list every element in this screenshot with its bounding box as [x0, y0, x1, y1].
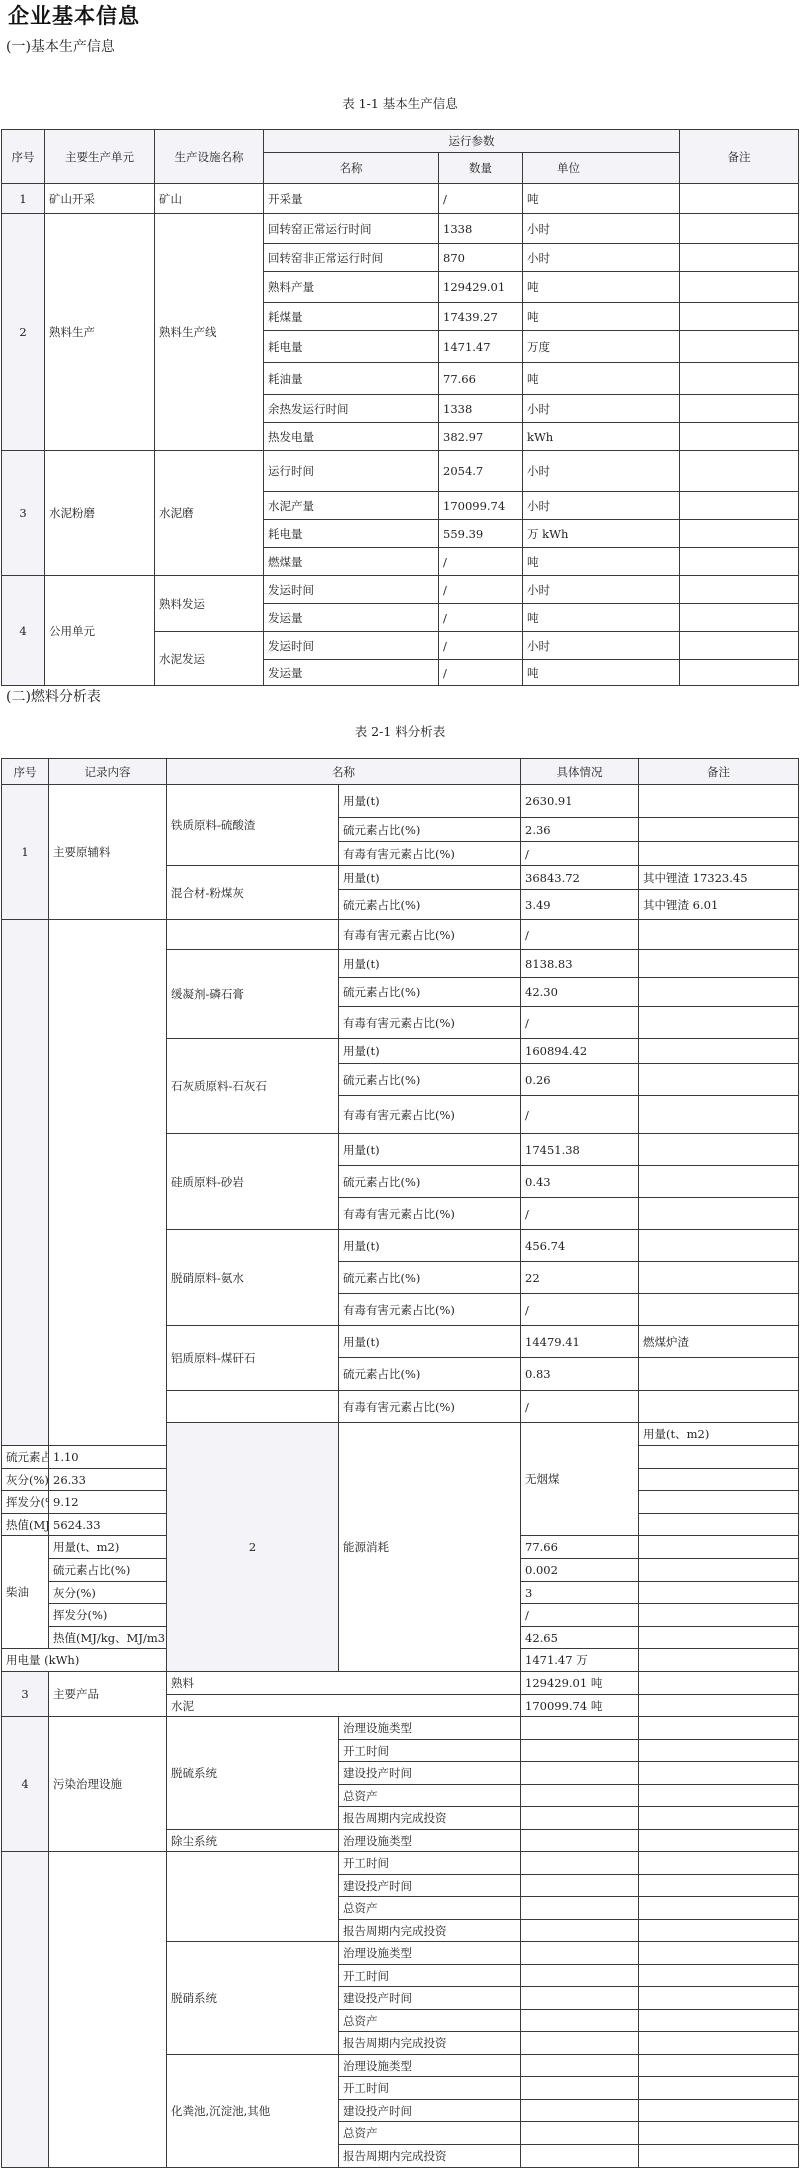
metric-value	[521, 1807, 639, 1830]
table-row: 2 熟料生产 熟料生产线 回转窑正常运行时间 1338 小时	[2, 214, 799, 244]
material-name: 石灰质原料-石灰石	[167, 1039, 339, 1134]
metric-value	[521, 2077, 639, 2100]
metric-remark	[639, 1166, 799, 1198]
param-qty: /	[439, 660, 523, 686]
metric-remark	[639, 1491, 799, 1514]
metric-label: 用量(t)	[339, 1230, 521, 1262]
param-unit: 小时	[523, 492, 680, 520]
row-content: 主要产品	[49, 1672, 167, 1717]
material-name: 铁质原料-硫酸渣	[167, 785, 339, 866]
metric-value	[521, 2032, 639, 2055]
col-header-param-unit: 单位	[523, 153, 680, 184]
param-remark	[680, 395, 799, 423]
param-unit: 吨	[523, 363, 680, 395]
metric-remark	[639, 842, 799, 866]
param-remark	[680, 244, 799, 272]
row-idx: 4	[2, 576, 45, 686]
metric-remark	[639, 1987, 799, 2010]
row-idx: 3	[2, 1672, 49, 1717]
metric-label: 治理设施类型	[339, 1717, 521, 1740]
row-facility: 水泥发运	[155, 632, 264, 686]
section-heading-production: (一)基本生产信息	[6, 36, 115, 56]
metric-remark: 其中锂渣 6.01	[639, 890, 799, 920]
metric-value: 0.002	[521, 1559, 639, 1582]
row-idx	[2, 1852, 49, 2168]
param-unit: 小时	[523, 214, 680, 244]
metric-value: /	[521, 1198, 639, 1230]
metric-remark	[639, 1469, 799, 1491]
row-content: 污染治理设施	[49, 1717, 167, 1852]
col-header-remark: 备注	[680, 130, 799, 184]
col-header-facility: 生产设施名称	[155, 130, 264, 184]
col-header-idx: 序号	[2, 130, 45, 184]
row-content: 主要原辅料	[49, 785, 167, 920]
param-unit: 吨	[523, 660, 680, 686]
metric-remark	[639, 1852, 799, 1875]
metric-label: 有毒有害元素占比(%)	[339, 1198, 521, 1230]
metric-remark	[639, 2055, 799, 2077]
metric-value: 456.74	[521, 1230, 639, 1262]
param-unit: 小时	[523, 244, 680, 272]
metric-remark	[639, 2010, 799, 2032]
metric-remark	[639, 1740, 799, 1762]
param-remark	[680, 423, 799, 451]
metric-value	[521, 1852, 639, 1875]
metric-value: 9.12	[49, 1491, 167, 1514]
metric-value: 129429.01 吨	[521, 1672, 639, 1695]
system-name: 化粪池,沉淀池,其他	[167, 2055, 339, 2168]
table-row: 4 污染治理设施 脱硫系统 治理设施类型	[2, 1717, 799, 1740]
metric-remark	[639, 1039, 799, 1064]
system-name: 脱硫系统	[167, 1717, 339, 1830]
param-name: 耗电量	[264, 331, 439, 363]
metric-label: 用量(t)	[339, 1039, 521, 1064]
param-qty: /	[439, 548, 523, 576]
metric-remark	[639, 2145, 799, 2168]
metric-label: 硫元素占比(%)	[339, 1064, 521, 1096]
metric-label: 挥发分(%)	[2, 1491, 49, 1514]
system-name: 除尘系统	[167, 1830, 339, 1852]
param-unit: 小时	[523, 576, 680, 604]
metric-label: 建设投产时间	[339, 1987, 521, 2010]
metric-value: /	[521, 920, 639, 950]
metric-remark	[639, 1262, 799, 1294]
metric-value	[521, 2010, 639, 2032]
param-qty: 1338	[439, 395, 523, 423]
param-qty: 870	[439, 244, 523, 272]
param-name: 开采量	[264, 184, 439, 214]
metric-label: 用量(t)	[339, 866, 521, 890]
metric-label: 硫元素占比(%)	[49, 1559, 167, 1582]
metric-value	[521, 2100, 639, 2122]
metric-value: 170099.74 吨	[521, 1695, 639, 1717]
metric-value: 0.43	[521, 1166, 639, 1198]
metric-label: 报告周期内完成投资	[339, 2145, 521, 2168]
row-idx: 2	[167, 1423, 339, 1672]
row-unit: 矿山开采	[45, 184, 155, 214]
param-name: 余热发运行时间	[264, 395, 439, 423]
material-name: 混合材-粉煤灰	[167, 866, 339, 920]
param-name: 热发电量	[264, 423, 439, 451]
metric-remark	[639, 1446, 799, 1469]
metric-remark	[639, 950, 799, 978]
param-remark	[680, 214, 799, 244]
metric-label: 用量(t、m2)	[639, 1423, 799, 1446]
param-qty: 1338	[439, 214, 523, 244]
metric-remark	[639, 1582, 799, 1604]
metric-value: 2.36	[521, 818, 639, 842]
metric-value: 22	[521, 1262, 639, 1294]
metric-value: 0.26	[521, 1064, 639, 1096]
param-unit: kWh	[523, 423, 680, 451]
metric-remark	[639, 1096, 799, 1134]
metric-remark	[639, 1064, 799, 1096]
col-header-detail: 具体情况	[521, 759, 639, 785]
param-qty: /	[439, 604, 523, 632]
metric-remark	[639, 1198, 799, 1230]
metric-label: 报告周期内完成投资	[339, 1807, 521, 1830]
metric-value: /	[521, 1096, 639, 1134]
col-header-param-name: 名称	[264, 153, 439, 184]
param-unit: 吨	[523, 604, 680, 632]
metric-value	[521, 2145, 639, 2168]
param-qty: 2054.7	[439, 451, 523, 492]
metric-value	[521, 2055, 639, 2077]
row-facility: 水泥磨	[155, 451, 264, 576]
material-name: 脱硝原料-氨水	[167, 1230, 339, 1326]
metric-label: 总资产	[339, 1785, 521, 1807]
col-header-unit: 主要生产单元	[45, 130, 155, 184]
table2-caption: 表 2-1 料分析表	[0, 722, 800, 740]
metric-label: 硫元素占比(%)	[339, 890, 521, 920]
param-unit: 小时	[523, 395, 680, 423]
metric-remark: 燃煤炉渣	[639, 1326, 799, 1358]
metric-label: 灰分(%)	[49, 1582, 167, 1604]
row-facility: 熟料生产线	[155, 214, 264, 451]
row-idx: 2	[2, 214, 45, 451]
param-remark	[680, 632, 799, 660]
metric-label: 硫元素占比(%)	[339, 1166, 521, 1198]
metric-remark	[639, 1391, 799, 1423]
param-name: 耗煤量	[264, 303, 439, 331]
param-name: 运行时间	[264, 451, 439, 492]
param-unit: 小时	[523, 451, 680, 492]
metric-value: /	[521, 1007, 639, 1039]
metric-value: 1.10	[49, 1446, 167, 1469]
metric-label: 硫元素占比(%)	[339, 978, 521, 1007]
metric-remark	[639, 1007, 799, 1039]
param-name: 发运量	[264, 604, 439, 632]
param-unit: 吨	[523, 548, 680, 576]
param-name: 熟料产量	[264, 272, 439, 303]
row-unit: 水泥粉磨	[45, 451, 155, 576]
param-unit: 吨	[523, 303, 680, 331]
metric-remark	[639, 1785, 799, 1807]
metric-remark	[639, 818, 799, 842]
metric-label: 开工时间	[339, 1852, 521, 1875]
param-qty: 559.39	[439, 520, 523, 548]
param-remark	[680, 451, 799, 492]
param-remark	[680, 548, 799, 576]
row-idx: 4	[2, 1717, 49, 1852]
section-heading-fuel: (二)燃料分析表	[6, 686, 101, 706]
metric-value: 14479.41	[521, 1326, 639, 1358]
system-name	[167, 1852, 339, 1942]
table1-caption: 表 1-1 基本生产信息	[0, 94, 800, 112]
metric-label: 用量(t)	[339, 1134, 521, 1166]
metric-value: 77.66	[521, 1536, 639, 1559]
metric-label: 开工时间	[339, 1740, 521, 1762]
metric-remark	[639, 1897, 799, 1920]
col-header-params: 运行参数	[264, 130, 680, 153]
metric-value	[521, 1830, 639, 1852]
metric-remark: 其中锂渣 17323.45	[639, 866, 799, 890]
row-idx: 3	[2, 451, 45, 576]
metric-label: 有毒有害元素占比(%)	[339, 1096, 521, 1134]
param-qty: /	[439, 576, 523, 604]
metric-value	[521, 1762, 639, 1785]
param-name: 回转窑非正常运行时间	[264, 244, 439, 272]
metric-remark	[639, 2077, 799, 2100]
metric-value: 3	[521, 1582, 639, 1604]
metric-remark	[639, 785, 799, 818]
metric-remark	[639, 1717, 799, 1740]
metric-label: 热值(MJ/kg、MJ/m3)	[49, 1627, 167, 1649]
param-qty: 77.66	[439, 363, 523, 395]
param-remark	[680, 272, 799, 303]
param-name: 发运时间	[264, 576, 439, 604]
material-name: 铝质原料-煤矸石	[167, 1326, 339, 1391]
material-name: 柴油	[2, 1536, 49, 1649]
metric-remark	[639, 1627, 799, 1649]
row-unit: 熟料生产	[45, 214, 155, 451]
metric-label: 用量(t)	[339, 1326, 521, 1358]
table-row: 开工时间	[2, 1852, 799, 1875]
param-remark	[680, 363, 799, 395]
table-row: 1 主要原辅料 铁质原料-硫酸渣 用量(t) 2630.91	[2, 785, 799, 818]
metric-remark	[639, 1559, 799, 1582]
fuel-analysis-table: 序号 记录内容 名称 具体情况 备注 1 主要原辅料 铁质原料-硫酸渣 用量(t…	[1, 758, 799, 2168]
metric-remark	[639, 1514, 799, 1536]
metric-value: 3.49	[521, 890, 639, 920]
material-name: 缓凝剂-磷石膏	[167, 950, 339, 1039]
metric-label: 治理设施类型	[339, 1942, 521, 1965]
metric-value: /	[521, 1391, 639, 1423]
metric-remark	[639, 1920, 799, 1942]
metric-remark	[639, 1604, 799, 1627]
row-facility: 矿山	[155, 184, 264, 214]
metric-remark	[639, 2100, 799, 2122]
param-qty: /	[439, 184, 523, 214]
metric-label: 硫元素占比(%)	[339, 818, 521, 842]
col-header-content: 记录内容	[49, 759, 167, 785]
metric-value: 26.33	[49, 1469, 167, 1491]
metric-label: 用量(t)	[339, 950, 521, 978]
metric-value: 17451.38	[521, 1134, 639, 1166]
metric-value	[521, 1875, 639, 1897]
param-name: 燃煤量	[264, 548, 439, 576]
metric-label: 开工时间	[339, 2077, 521, 2100]
param-name: 发运时间	[264, 632, 439, 660]
metric-remark	[639, 1695, 799, 1717]
metric-label: 建设投产时间	[339, 1875, 521, 1897]
metric-value	[521, 1717, 639, 1740]
col-header-param-qty: 数量	[439, 153, 523, 184]
metric-label: 治理设施类型	[339, 2055, 521, 2077]
material-name: 无烟煤	[521, 1423, 639, 1536]
metric-label: 总资产	[339, 2010, 521, 2032]
table-row: 4 公用单元 熟料发运 发运时间 / 小时	[2, 576, 799, 604]
metric-remark	[639, 1672, 799, 1695]
metric-value	[521, 1965, 639, 1987]
metric-label: 建设投产时间	[339, 2100, 521, 2122]
param-name: 耗油量	[264, 363, 439, 395]
param-remark	[680, 492, 799, 520]
metric-value: 1471.47 万	[521, 1649, 639, 1672]
row-content	[49, 920, 167, 1446]
param-remark	[680, 576, 799, 604]
param-name: 回转窑正常运行时间	[264, 214, 439, 244]
param-qty: 17439.27	[439, 303, 523, 331]
col-header-name: 名称	[167, 759, 521, 785]
metric-remark	[639, 1965, 799, 1987]
metric-value: /	[521, 1294, 639, 1326]
metric-label: 报告周期内完成投资	[339, 1920, 521, 1942]
metric-label: 有毒有害元素占比(%)	[339, 1007, 521, 1039]
metric-value: 160894.42	[521, 1039, 639, 1064]
metric-label: 硫元素占比(%)	[339, 1262, 521, 1294]
param-name: 水泥产量	[264, 492, 439, 520]
param-name: 耗电量	[264, 520, 439, 548]
table-row: 3 主要产品 熟料 129429.01 吨	[2, 1672, 799, 1695]
metric-value: 8138.83	[521, 950, 639, 978]
row-content: 能源消耗	[339, 1423, 521, 1672]
system-name: 脱硝系统	[167, 1942, 339, 2055]
metric-value	[521, 1987, 639, 2010]
metric-value	[521, 1785, 639, 1807]
metric-remark	[639, 1230, 799, 1262]
metric-label: 有毒有害元素占比(%)	[339, 920, 521, 950]
metric-label: 有毒有害元素占比(%)	[339, 1294, 521, 1326]
metric-value: 2630.91	[521, 785, 639, 818]
metric-label: 灰分(%)	[2, 1469, 49, 1491]
metric-label: 总资产	[339, 1897, 521, 1920]
metric-label: 治理设施类型	[339, 1830, 521, 1852]
param-unit: 小时	[523, 632, 680, 660]
metric-remark	[639, 1536, 799, 1559]
metric-value	[521, 1920, 639, 1942]
param-remark	[680, 331, 799, 363]
material-name: 硅质原料-砂岩	[167, 1134, 339, 1230]
material-name	[167, 920, 339, 950]
param-name: 发运量	[264, 660, 439, 686]
metric-value	[521, 1740, 639, 1762]
row-content	[49, 1852, 167, 2168]
table-row: 有毒有害元素占比(%) /	[2, 920, 799, 950]
metric-value: /	[521, 842, 639, 866]
param-unit: 吨	[523, 272, 680, 303]
metric-remark	[639, 978, 799, 1007]
metric-remark	[639, 1762, 799, 1785]
param-qty: 170099.74	[439, 492, 523, 520]
material-name	[167, 1391, 339, 1423]
param-remark	[680, 184, 799, 214]
metric-remark	[639, 1134, 799, 1166]
metric-value: 42.65	[521, 1627, 639, 1649]
metric-remark	[639, 1875, 799, 1897]
param-qty: 129429.01	[439, 272, 523, 303]
metric-value: 36843.72	[521, 866, 639, 890]
metric-label: 硫元素占比(%)	[2, 1446, 49, 1469]
row-idx	[2, 920, 49, 1446]
metric-label: 开工时间	[339, 1965, 521, 1987]
param-remark	[680, 520, 799, 548]
metric-value: 0.83	[521, 1358, 639, 1391]
metric-label: 热值(MJ/kg、MJ/m3)	[2, 1514, 49, 1536]
metric-value	[521, 1897, 639, 1920]
metric-value: /	[521, 1604, 639, 1627]
metric-label: 建设投产时间	[339, 1762, 521, 1785]
metric-remark	[639, 1649, 799, 1672]
metric-label: 有毒有害元素占比(%)	[339, 842, 521, 866]
production-info-table: 序号 主要生产单元 生产设施名称 运行参数 备注 名称 数量 单位 1 矿山开采…	[1, 129, 799, 686]
metric-remark	[639, 1830, 799, 1852]
metric-remark	[639, 1358, 799, 1391]
param-remark	[680, 660, 799, 686]
col-header-idx: 序号	[2, 759, 49, 785]
metric-label: 有毒有害元素占比(%)	[339, 1391, 521, 1423]
metric-remark	[639, 1294, 799, 1326]
metric-label: 硫元素占比(%)	[339, 1358, 521, 1391]
metric-label: 总资产	[339, 2122, 521, 2145]
param-remark	[680, 604, 799, 632]
metric-remark	[639, 1942, 799, 1965]
power-usage-label: 用电量 (kWh)	[2, 1649, 167, 1672]
param-qty: 1471.47	[439, 331, 523, 363]
param-unit: 万度	[523, 331, 680, 363]
metric-remark	[639, 920, 799, 950]
param-qty: 382.97	[439, 423, 523, 451]
metric-value	[521, 1942, 639, 1965]
col-header-remark: 备注	[639, 759, 799, 785]
metric-remark	[639, 2032, 799, 2055]
row-idx: 1	[2, 184, 45, 214]
param-unit: 吨	[523, 184, 680, 214]
row-unit: 公用单元	[45, 576, 155, 686]
page-title: 企业基本信息	[8, 0, 140, 30]
metric-value	[521, 2122, 639, 2145]
metric-label: 用量(t)	[339, 785, 521, 818]
product-name: 水泥	[167, 1695, 521, 1717]
metric-remark	[639, 2122, 799, 2145]
metric-value: 42.30	[521, 978, 639, 1007]
row-idx: 1	[2, 785, 49, 920]
metric-remark	[639, 1807, 799, 1830]
param-unit: 万 kWh	[523, 520, 680, 548]
metric-label: 报告周期内完成投资	[339, 2032, 521, 2055]
table-row: 1 矿山开采 矿山 开采量 / 吨	[2, 184, 799, 214]
table-row: 3 水泥粉磨 水泥磨 运行时间 2054.7 小时	[2, 451, 799, 492]
metric-value: 5624.33	[49, 1514, 167, 1536]
product-name: 熟料	[167, 1672, 521, 1695]
metric-label: 挥发分(%)	[49, 1604, 167, 1627]
metric-label: 用量(t、m2)	[49, 1536, 167, 1559]
row-facility: 熟料发运	[155, 576, 264, 632]
param-remark	[680, 303, 799, 331]
param-qty: /	[439, 632, 523, 660]
